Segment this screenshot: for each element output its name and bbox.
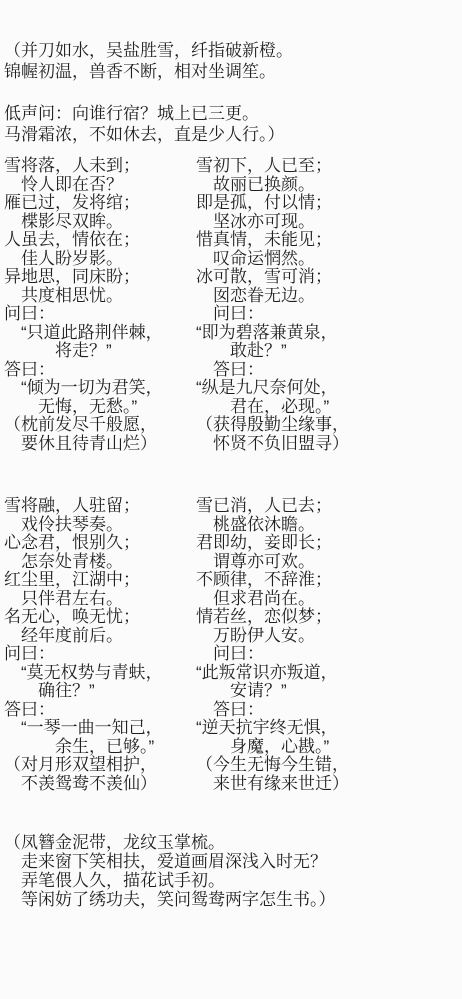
text-line: 红尘里，江湖中； <box>4 571 196 590</box>
text-line: 马滑霜浓，不如休去，直是少人行。） <box>4 124 458 145</box>
stanza-2-left-column: 雪将融，人驻留； 戏伶扶琴奏。心念君，恨别久； 怎奈处青楼。红尘里，江湖中； 只… <box>4 497 196 793</box>
text-line: 故丽已换颜。 <box>196 176 458 195</box>
text-line: 君即幼，妾即长； <box>196 534 458 553</box>
text-line: （枕前发尽千般愿， <box>4 416 196 435</box>
text-line: 情若丝，恋似梦； <box>196 608 458 627</box>
text-line: 戏伶扶琴奏。 <box>4 516 196 535</box>
text-line: 坚冰亦可现。 <box>196 213 458 232</box>
text-line: “纵是九尺奈何处， <box>196 379 458 398</box>
text-line: 即是孤，付以情； <box>196 194 458 213</box>
text-line: 雪已消，人已去； <box>196 497 458 516</box>
closing-poem: （凤簪金泥带，龙纹玉掌梳。 走来窗下笑相扶，爱道画眉深浅入时无？ 弄笔偎人久，描… <box>4 833 458 909</box>
text-line: 将走？” <box>4 342 196 361</box>
text-line: 不顾律，不辞淮； <box>196 571 458 590</box>
text-line <box>4 82 458 103</box>
text-line: 君在，必现。” <box>196 398 458 417</box>
text-line: 走来窗下笑相扶，爱道画眉深浅入时无？ <box>4 852 458 871</box>
stanza-section-2: 雪将融，人驻留； 戏伶扶琴奏。心念君，恨别久； 怎奈处青楼。红尘里，江湖中； 只… <box>4 497 458 793</box>
text-line: 答曰： <box>196 701 458 720</box>
text-line: 人虽去，情依在； <box>4 231 196 250</box>
text-line: （凤簪金泥带，龙纹玉掌梳。 <box>4 833 458 852</box>
text-line: 锦幄初温，兽香不断，相对坐调笙。 <box>4 61 458 82</box>
text-line: 敢赴？” <box>196 342 458 361</box>
text-line: “此叛常识亦叛道， <box>196 664 458 683</box>
text-line: 只伴君左右。 <box>4 590 196 609</box>
text-line: 要休且待青山烂） <box>4 435 196 454</box>
text-line: 佳人盼岁影。 <box>4 250 196 269</box>
text-line: （今生无悔今生错， <box>196 756 458 775</box>
text-line: 雪将融，人驻留； <box>4 497 196 516</box>
stanza-1-left-column: 雪将落，人未到； 怜人即在否？雁已过，发将绾； 楪影尽双眸。人虽去，情依在； 佳… <box>4 157 196 453</box>
text-line: 经年度前后。 <box>4 627 196 646</box>
stanza-2-right-column: 雪已消，人已去； 桃盛依沐瞻。君即幼，妾即长； 谓尊亦可欢。不顾律，不辞淮； 但… <box>196 497 458 793</box>
text-line: 问曰： <box>196 305 458 324</box>
text-line: （获得殷勤尘缘事， <box>196 416 458 435</box>
text-line: “只道此路荆伴棘， <box>4 324 196 343</box>
text-line: 异地思，同床盼； <box>4 268 196 287</box>
text-line: “倾为一切为君笑， <box>4 379 196 398</box>
text-line: 谓尊亦可欢。 <box>196 553 458 572</box>
text-line: 安请？” <box>196 682 458 701</box>
poetry-page: （并刀如水，吴盐胜雪，纤指破新橙。锦幄初温，兽香不断，相对坐调笙。低声问：向谁行… <box>0 0 462 909</box>
text-line: 弄笔偎人久，描花试手初。 <box>4 871 458 890</box>
text-line: 但求君尚在。 <box>196 590 458 609</box>
text-line: 名无心，唤无忧； <box>4 608 196 627</box>
text-line: 怜人即在否？ <box>4 176 196 195</box>
opening-poem: （并刀如水，吴盐胜雪，纤指破新橙。锦幄初温，兽香不断，相对坐调笙。低声问：向谁行… <box>4 40 458 145</box>
text-line: 不羡鸳鸯不羡仙） <box>4 775 196 794</box>
stanza-section-1: 雪将落，人未到； 怜人即在否？雁已过，发将绾； 楪影尽双眸。人虽去，情依在； 佳… <box>4 157 458 453</box>
text-line: 楪影尽双眸。 <box>4 213 196 232</box>
text-line: 怀贤不负旧盟寻） <box>196 435 458 454</box>
text-line: 心念君，恨别久； <box>4 534 196 553</box>
text-line: 来世有缘来世迁） <box>196 775 458 794</box>
text-line: 确往？” <box>4 682 196 701</box>
text-line: 等闲妨了绣功夫，笑问鸳鸯两字怎生书。） <box>4 890 458 909</box>
text-line: 身魔，心戡。” <box>196 738 458 757</box>
text-line: 答曰： <box>196 361 458 380</box>
text-line: 共度相思忧。 <box>4 287 196 306</box>
text-line: 囡恋眷无边。 <box>196 287 458 306</box>
text-line: 问曰： <box>196 645 458 664</box>
text-line: 冰可散，雪可消； <box>196 268 458 287</box>
text-line: 桃盛依沐瞻。 <box>196 516 458 535</box>
text-line: 答曰： <box>4 701 196 720</box>
text-line: 问曰： <box>4 645 196 664</box>
text-line: 低声问：向谁行宿？城上已三更。 <box>4 103 458 124</box>
text-line: 答曰： <box>4 361 196 380</box>
text-line: 余生，已够。” <box>4 738 196 757</box>
text-line: 雁已过，发将绾； <box>4 194 196 213</box>
text-line: “即为碧落兼黄泉， <box>196 324 458 343</box>
text-line: “逆天抗宇终无惧， <box>196 719 458 738</box>
text-line: （并刀如水，吴盐胜雪，纤指破新橙。 <box>4 40 458 61</box>
text-line: “一琴一曲一知己， <box>4 719 196 738</box>
stanza-1-right-column: 雪初下，人已至； 故丽已换颜。即是孤，付以情； 坚冰亦可现。惜真情，未能见； 叹… <box>196 157 458 453</box>
text-line: 无悔，无愁。” <box>4 398 196 417</box>
text-line: 雪将落，人未到； <box>4 157 196 176</box>
text-line: （对月形双望相护， <box>4 756 196 775</box>
text-line: 雪初下，人已至； <box>196 157 458 176</box>
text-line: 怎奈处青楼。 <box>4 553 196 572</box>
text-line: 惜真情，未能见； <box>196 231 458 250</box>
text-line: “莫无权势与青蚨， <box>4 664 196 683</box>
text-line: 问曰： <box>4 305 196 324</box>
text-line: 叹命运惘然。 <box>196 250 458 269</box>
text-line: 万盼伊人安。 <box>196 627 458 646</box>
